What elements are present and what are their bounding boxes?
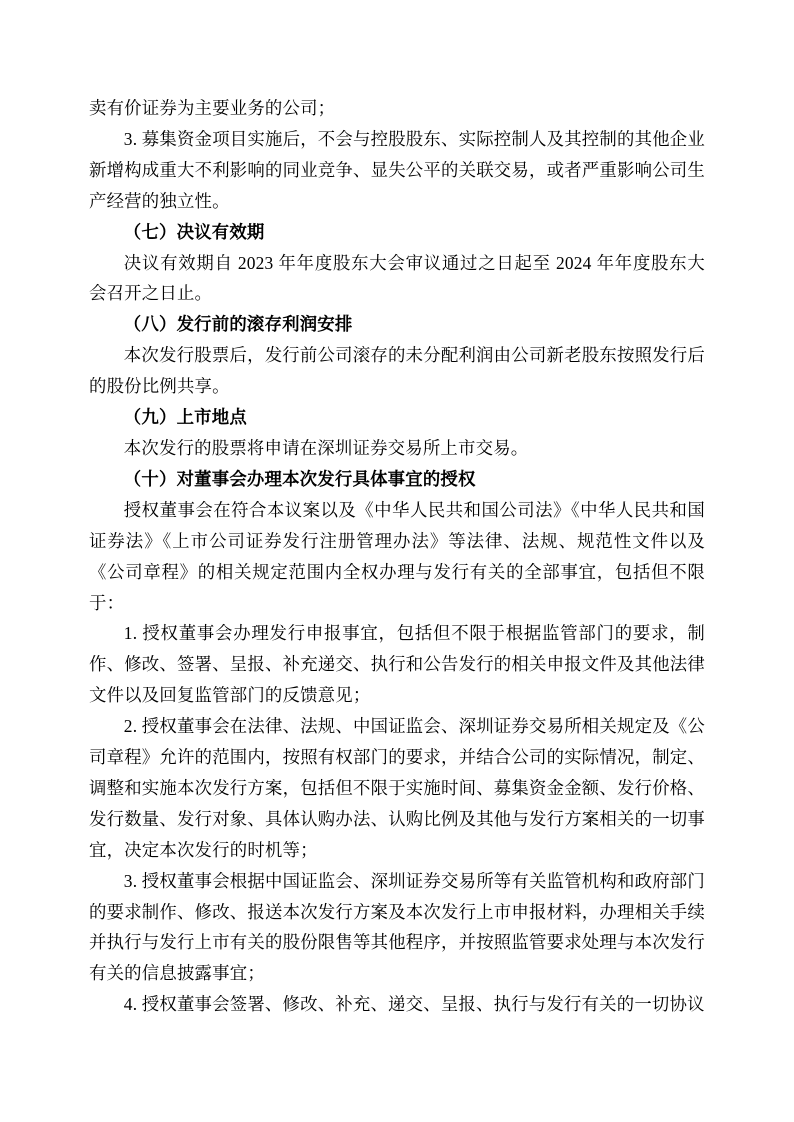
paragraph-retained-profit: 本次发行股票后，发行前公司滚存的未分配利润由公司新老股东按照发行后的股份比例共享… — [89, 340, 705, 402]
paragraph-resolution-validity: 决议有效期自 2023 年年度股东大会审议通过之日起至 2024 年年度股东大会… — [89, 248, 705, 310]
paragraph-continuation: 卖有价证券为主要业务的公司； — [89, 93, 705, 124]
heading-7-resolution-validity: （七）决议有效期 — [89, 217, 705, 248]
paragraph-authorization-item-4: 4. 授权董事会签署、修改、补充、递交、呈报、执行与发行有关的一切协议 — [89, 989, 705, 1020]
paragraph-listing-place: 本次发行的股票将申请在深圳证券交易所上市交易。 — [89, 433, 705, 464]
heading-9-listing-place: （九）上市地点 — [89, 402, 705, 433]
paragraph-authorization-item-1: 1. 授权董事会办理发行申报事宜，包括但不限于根据监管部门的要求，制作、修改、签… — [89, 618, 705, 711]
paragraph-authorization-scope: 授权董事会在符合本议案以及《中华人民共和国公司法》《中华人民共和国证券法》《上市… — [89, 495, 705, 619]
document-page: 卖有价证券为主要业务的公司； 3. 募集资金项目实施后，不会与控股股东、实际控制… — [0, 0, 794, 1122]
paragraph-item-3-competition: 3. 募集资金项目实施后，不会与控股股东、实际控制人及其控制的其他企业新增构成重… — [89, 124, 705, 217]
heading-10-board-authorization: （十）对董事会办理本次发行具体事宜的授权 — [89, 464, 705, 495]
paragraph-authorization-item-3: 3. 授权董事会根据中国证监会、深圳证券交易所等有关监管机构和政府部门的要求制作… — [89, 866, 705, 990]
heading-8-retained-profit: （八）发行前的滚存利润安排 — [89, 309, 705, 340]
paragraph-authorization-item-2: 2. 授权董事会在法律、法规、中国证监会、深圳证券交易所相关规定及《公司章程》允… — [89, 711, 705, 866]
